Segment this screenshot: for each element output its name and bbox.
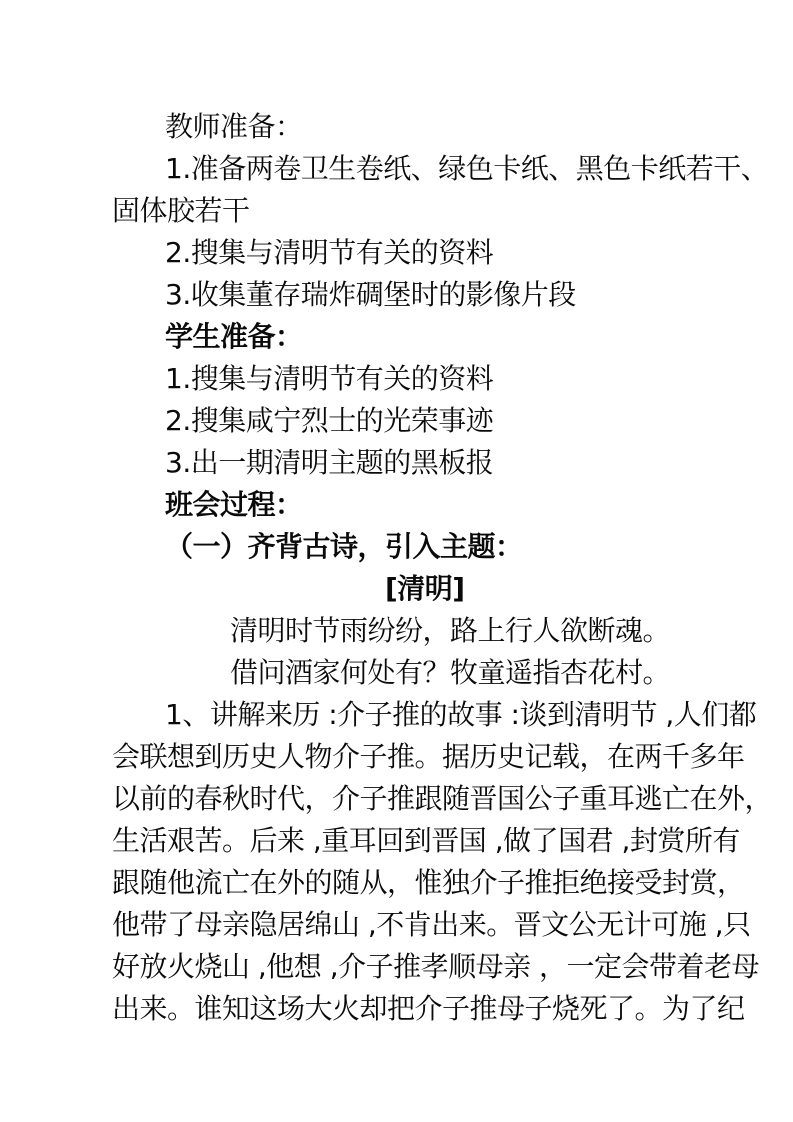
story-paragraph-line-5: 跟随他流亡在外的随从，惟独介子推拒绝接受封赏， [112,862,713,904]
student-prep-item-3: 3.出一期清明主题的黑板报 [112,442,713,484]
story-paragraph-line-7: 好放火烧山 ,他想 ,介子推孝顺母亲 ，一定会带着老母 [112,946,713,988]
teacher-prep-item-1: 1.准备两卷卫生卷纸、绿色卡纸、黑色卡纸若干、 [112,148,713,190]
teacher-prep-item-2: 2.搜集与清明节有关的资料 [112,232,713,274]
teacher-prep-item-3: 3.收集董存瑞炸碉堡时的影像片段 [112,274,713,316]
poem-line-2: 借问酒家何处有？牧童遥指杏花村。 [112,652,713,694]
meeting-process-heading: 班会过程： [112,484,713,526]
story-paragraph-line-6: 他带了母亲隐居绵山 ,不肯出来。晋文公无计可施 ,只 [112,904,713,946]
poem-line-1: 清明时节雨纷纷，路上行人欲断魂。 [112,610,713,652]
story-paragraph-line-3: 以前的春秋时代，介子推跟随晋国公子重耳逃亡在外， [112,778,713,820]
student-prep-item-2: 2.搜集咸宁烈士的光荣事迹 [112,400,713,442]
section-1-heading: （一）齐背古诗，引入主题： [112,526,713,568]
student-prep-heading: 学生准备： [112,316,713,358]
story-paragraph-line-1: 1、讲解来历 :介子推的故事 :谈到清明节 ,人们都 [112,694,713,736]
teacher-prep-heading: 教师准备： [112,106,713,148]
story-paragraph-line-8: 出来。谁知这场大火却把介子推母子烧死了。为了纪 [112,988,713,1030]
teacher-prep-item-1-wrap: 固体胶若干 [112,190,713,232]
document-page: 教师准备： 1.准备两卷卫生卷纸、绿色卡纸、黑色卡纸若干、 固体胶若干 2.搜集… [0,0,793,1122]
student-prep-item-1: 1.搜集与清明节有关的资料 [112,358,713,400]
story-paragraph-line-4: 生活艰苦。后来 ,重耳回到晋国 ,做了国君 ,封赏所有 [112,820,713,862]
story-paragraph-line-2: 会联想到历史人物介子推。据历史记载，在两千多年 [112,736,713,778]
poem-title: [清明] [112,568,713,610]
